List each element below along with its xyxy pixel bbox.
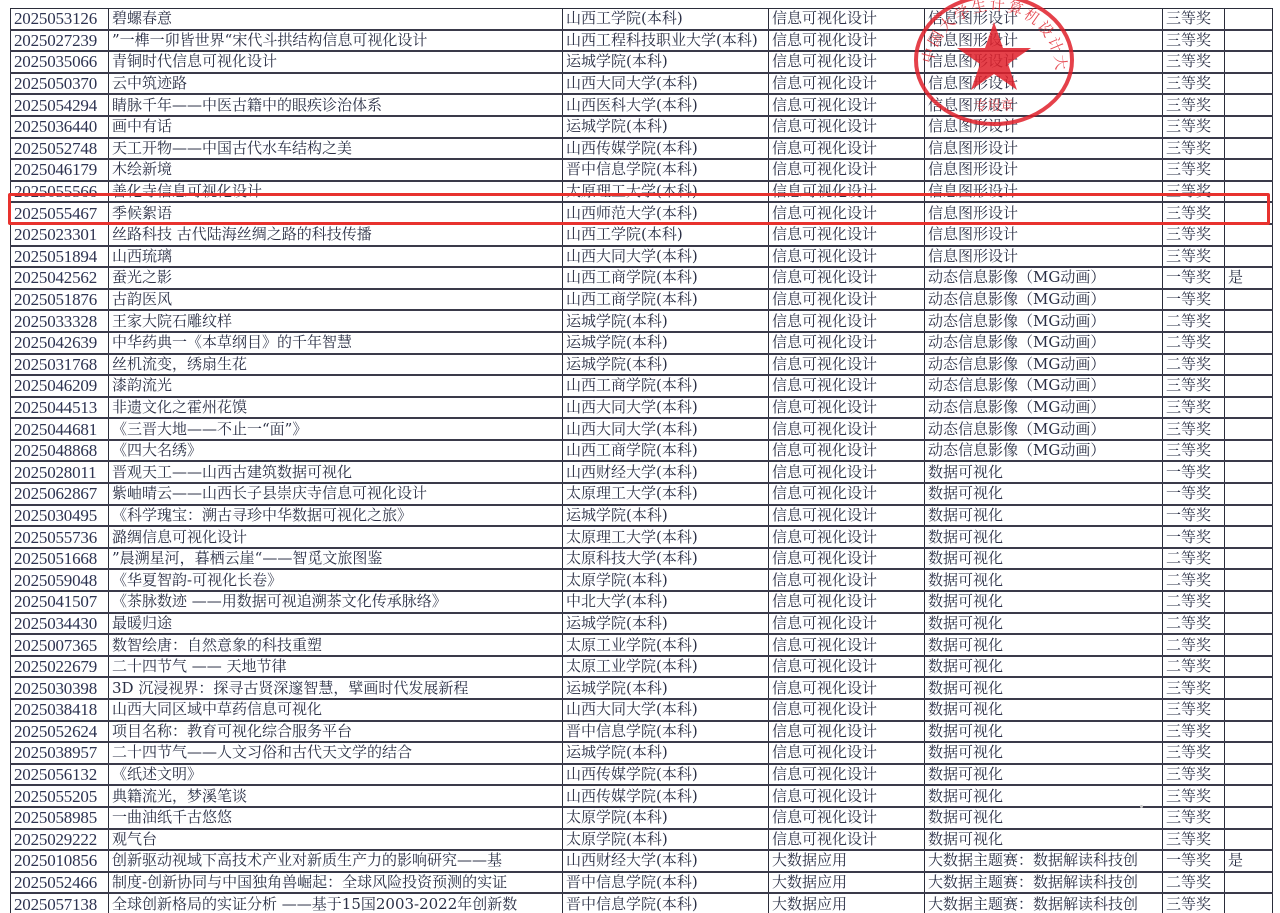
cell-award: 二等奖	[1163, 569, 1225, 591]
table-row: 2025057138全球创新格局的实证分析 ——基于15国2003-2022年创…	[11, 893, 1273, 913]
cell-award: 一等奖	[1163, 526, 1225, 548]
cell-recommend	[1225, 634, 1273, 656]
table-row: 2025055566善化寺信息可视化设计太原理工大学(本科)信息可视化设计信息图…	[11, 181, 1273, 203]
cell-id: 2025056132	[11, 764, 109, 786]
cell-recommend	[1225, 246, 1273, 268]
cell-subcategory: 动态信息影像（MG动画）	[925, 440, 1163, 462]
table-row: 2025062867紫岫晴云——山西长子县崇庆寺信息可视化设计太原理工大学(本科…	[11, 483, 1273, 505]
cell-school: 山西医科大学(本科)	[563, 94, 769, 116]
cell-subcategory: 信息图形设计	[925, 94, 1163, 116]
cell-school: 山西工商学院(本科)	[563, 440, 769, 462]
table-row: 2025029222观气台太原学院(本科)信息可视化设计数据可视化三等奖	[11, 829, 1273, 851]
cell-id: 2025055736	[11, 526, 109, 548]
cell-title: 木绘新境	[109, 159, 563, 181]
cell-title: 山西琉璃	[109, 246, 563, 268]
cell-id: 2025034430	[11, 613, 109, 635]
cell-id: 2025041507	[11, 591, 109, 613]
cell-award: 三等奖	[1163, 73, 1225, 95]
cell-recommend	[1225, 526, 1273, 548]
cell-award: 二等奖	[1163, 613, 1225, 635]
cell-subcategory: 动态信息影像（MG动画）	[925, 418, 1163, 440]
cell-recommend	[1225, 548, 1273, 570]
cell-id: 2025042562	[11, 267, 109, 289]
cell-recommend	[1225, 829, 1273, 851]
cell-title: 睛脉千年——中医古籍中的眼疾诊治体系	[109, 94, 563, 116]
cell-recommend	[1225, 742, 1273, 764]
cell-id: 2025046209	[11, 375, 109, 397]
cell-school: 山西工学院(本科)	[563, 9, 769, 30]
cell-category: 信息可视化设计	[769, 440, 925, 462]
cell-award: 二等奖	[1163, 310, 1225, 332]
cell-subcategory: 动态信息影像（MG动画）	[925, 397, 1163, 419]
cell-title: 《华夏智韵-可视化长卷》	[109, 569, 563, 591]
cell-title: 青铜时代信息可视化设计	[109, 51, 563, 73]
cell-school: 山西大同大学(本科)	[563, 699, 769, 721]
cell-id: 2025052624	[11, 721, 109, 743]
cell-id: 2025051876	[11, 289, 109, 311]
cell-category: 信息可视化设计	[769, 375, 925, 397]
cell-award: 三等奖	[1163, 375, 1225, 397]
table-row: 2025034430最暖归途运城学院(本科)信息可视化设计数据可视化二等奖	[11, 613, 1273, 635]
cell-subcategory: 信息图形设计	[925, 224, 1163, 246]
cell-id: 2025030398	[11, 677, 109, 699]
cell-school: 运城学院(本科)	[563, 116, 769, 138]
cell-school: 山西工学院(本科)	[563, 224, 769, 246]
cell-category: 信息可视化设计	[769, 591, 925, 613]
cell-award: 三等奖	[1163, 785, 1225, 807]
cell-award: 二等奖	[1163, 332, 1225, 354]
cell-title: 3D 沉浸视界：探寻古贤深邃智慧，擘画时代发展新程	[109, 677, 563, 699]
cell-school: 山西财经大学(本科)	[563, 850, 769, 872]
cell-title: 项目名称：教育可视化综合服务平台	[109, 721, 563, 743]
cell-school: 晋中信息学院(本科)	[563, 893, 769, 913]
table-row: 2025031768丝机流变，绣扇生花运城学院(本科)信息可视化设计动态信息影像…	[11, 354, 1273, 376]
cell-recommend	[1225, 483, 1273, 505]
cell-category: 信息可视化设计	[769, 785, 925, 807]
cell-subcategory: 数据可视化	[925, 461, 1163, 483]
cell-title: 中华药典一《本草纲目》的千年智慧	[109, 332, 563, 354]
awards-table-body: 2025053126碧螺春意山西工学院(本科)信息可视化设计信息图形设计三等奖2…	[11, 9, 1273, 913]
cell-subcategory: 数据可视化	[925, 569, 1163, 591]
cell-id: 2025048868	[11, 440, 109, 462]
cell-recommend	[1225, 181, 1273, 203]
cell-id: 2025050370	[11, 73, 109, 95]
cell-school: 山西大同大学(本科)	[563, 246, 769, 268]
cell-category: 信息可视化设计	[769, 699, 925, 721]
cell-id: 2025055205	[11, 785, 109, 807]
table-row: 2025052748天工开物——中国古代水车结构之美山西传媒学院(本科)信息可视…	[11, 138, 1273, 160]
cell-school: 运城学院(本科)	[563, 51, 769, 73]
cell-subcategory: 数据可视化	[925, 634, 1163, 656]
cell-category: 大数据应用	[769, 872, 925, 894]
cell-subcategory: 数据可视化	[925, 742, 1163, 764]
cell-award: 三等奖	[1163, 677, 1225, 699]
cell-subcategory: 数据可视化	[925, 505, 1163, 527]
cell-title: 制度-创新协同与中国独角兽崛起：全球风险投资预测的实证	[109, 872, 563, 894]
cell-category: 信息可视化设计	[769, 138, 925, 160]
cell-school: 中北大学(本科)	[563, 591, 769, 613]
cell-id: 2025044681	[11, 418, 109, 440]
cell-title: 山西大同区域中草药信息可视化	[109, 699, 563, 721]
cell-subcategory: 大数据主题赛：数据解读科技创	[925, 872, 1163, 894]
cell-award: 一等奖	[1163, 289, 1225, 311]
cell-subcategory: 动态信息影像（MG动画）	[925, 354, 1163, 376]
cell-recommend	[1225, 418, 1273, 440]
cell-award: 二等奖	[1163, 591, 1225, 613]
table-row: 2025051668”晨溯星河，暮栖云崖“——智觅文旅图鉴太原科技大学(本科)信…	[11, 548, 1273, 570]
cell-subcategory: 信息图形设计	[925, 181, 1163, 203]
table-row: 2025051894山西琉璃山西大同大学(本科)信息可视化设计信息图形设计三等奖	[11, 246, 1273, 268]
table-row: 2025056132《纸述文明》山西传媒学院(本科)信息可视化设计数据可视化三等…	[11, 764, 1273, 786]
cell-recommend	[1225, 397, 1273, 419]
cell-award: 二等奖	[1163, 656, 1225, 678]
cell-recommend	[1225, 73, 1273, 95]
table-row: 20250303983D 沉浸视界：探寻古贤深邃智慧，擘画时代发展新程运城学院(…	[11, 677, 1273, 699]
cell-title: 最暖归途	[109, 613, 563, 635]
table-row: 2025023301丝路科技 古代陆海丝绸之路的科技传播山西工学院(本科)信息可…	[11, 224, 1273, 246]
cell-id: 2025007365	[11, 634, 109, 656]
cell-id: 2025062867	[11, 483, 109, 505]
table-row: 2025052466制度-创新协同与中国独角兽崛起：全球风险投资预测的实证晋中信…	[11, 872, 1273, 894]
cell-category: 信息可视化设计	[769, 461, 925, 483]
table-row: 2025058985一曲油纸千古悠悠太原学院(本科)信息可视化设计数据可视化三等…	[11, 807, 1273, 829]
cell-title: 非遗文化之霍州花馍	[109, 397, 563, 419]
cell-subcategory: 信息图形设计	[925, 246, 1163, 268]
table-row: 2025052624项目名称：教育可视化综合服务平台晋中信息学院(本科)信息可视…	[11, 721, 1273, 743]
cell-subcategory: 信息图形设计	[925, 116, 1163, 138]
cell-category: 信息可视化设计	[769, 332, 925, 354]
cell-title: 紫岫晴云——山西长子县崇庆寺信息可视化设计	[109, 483, 563, 505]
cell-award: 三等奖	[1163, 397, 1225, 419]
cell-recommend	[1225, 613, 1273, 635]
cell-category: 信息可视化设计	[769, 397, 925, 419]
cell-subcategory: 信息图形设计	[925, 9, 1163, 30]
cell-school: 运城学院(本科)	[563, 332, 769, 354]
cell-award: 三等奖	[1163, 9, 1225, 30]
cell-title: 碧螺春意	[109, 9, 563, 30]
cell-award: 三等奖	[1163, 224, 1225, 246]
cell-award: 三等奖	[1163, 742, 1225, 764]
cell-title: 云中筑迹路	[109, 73, 563, 95]
cell-subcategory: 数据可视化	[925, 526, 1163, 548]
table-row: 2025046209漆韵流光山西工商学院(本科)信息可视化设计动态信息影像（MG…	[11, 375, 1273, 397]
cell-subcategory: 数据可视化	[925, 677, 1163, 699]
cell-school: 晋中信息学院(本科)	[563, 721, 769, 743]
table-row: 2025038957二十四节气——人文习俗和古代天文学的结合运城学院(本科)信息…	[11, 742, 1273, 764]
table-row: 2025046179木绘新境晋中信息学院(本科)信息可视化设计信息图形设计三等奖	[11, 159, 1273, 181]
cell-category: 信息可视化设计	[769, 94, 925, 116]
cell-title: 漆韵流光	[109, 375, 563, 397]
cell-school: 运城学院(本科)	[563, 742, 769, 764]
cell-id: 2025055566	[11, 181, 109, 203]
cell-category: 信息可视化设计	[769, 807, 925, 829]
cell-school: 山西传媒学院(本科)	[563, 785, 769, 807]
cell-award: 一等奖	[1163, 505, 1225, 527]
table-row: 2025022679二十四节气 —— 天地节律太原工业学院(本科)信息可视化设计…	[11, 656, 1273, 678]
cell-title: 丝机流变，绣扇生花	[109, 354, 563, 376]
cell-id: 2025054294	[11, 94, 109, 116]
cell-recommend	[1225, 375, 1273, 397]
cell-category: 信息可视化设计	[769, 224, 925, 246]
cell-category: 信息可视化设计	[769, 742, 925, 764]
table-row: 2025048868《四大名绣》山西工商学院(本科)信息可视化设计动态信息影像（…	[11, 440, 1273, 462]
cell-subcategory: 信息图形设计	[925, 202, 1163, 224]
cell-award: 三等奖	[1163, 181, 1225, 203]
cell-award: 一等奖	[1163, 483, 1225, 505]
cell-school: 运城学院(本科)	[563, 505, 769, 527]
table-row: 2025044681《三晋大地——不止一“面”》山西大同大学(本科)信息可视化设…	[11, 418, 1273, 440]
cell-award: 三等奖	[1163, 138, 1225, 160]
cell-id: 2025022679	[11, 656, 109, 678]
cell-school: 山西师范大学(本科)	[563, 202, 769, 224]
cell-category: 信息可视化设计	[769, 634, 925, 656]
cell-category: 信息可视化设计	[769, 9, 925, 30]
cell-recommend	[1225, 893, 1273, 913]
cell-recommend	[1225, 159, 1273, 181]
cell-title: 季候絮语	[109, 202, 563, 224]
cell-title: 一曲油纸千古悠悠	[109, 807, 563, 829]
cell-category: 信息可视化设计	[769, 764, 925, 786]
cell-award: 二等奖	[1163, 548, 1225, 570]
cell-school: 太原学院(本科)	[563, 569, 769, 591]
cell-category: 信息可视化设计	[769, 310, 925, 332]
cell-id: 2025010856	[11, 850, 109, 872]
cell-school: 山西工商学院(本科)	[563, 267, 769, 289]
table-row: 2025055736潞绸信息可视化设计太原理工大学(本科)信息可视化设计数据可视…	[11, 526, 1273, 548]
cell-category: 信息可视化设计	[769, 548, 925, 570]
table-row: 2025028011晋观天工——山西古建筑数据可视化山西财经大学(本科)信息可视…	[11, 461, 1273, 483]
cell-title: ”一榫一卯皆世界“宋代斗拱结构信息可视化设计	[109, 30, 563, 52]
cell-school: 山西工商学院(本科)	[563, 375, 769, 397]
cell-school: 山西工程科技职业大学(本科)	[563, 30, 769, 52]
cell-id: 2025033328	[11, 310, 109, 332]
cell-category: 信息可视化设计	[769, 246, 925, 268]
cell-award: 三等奖	[1163, 829, 1225, 851]
cell-id: 2025053126	[11, 9, 109, 30]
cell-recommend	[1225, 354, 1273, 376]
cell-subcategory: 数据可视化	[925, 591, 1163, 613]
cell-subcategory: 数据可视化	[925, 785, 1163, 807]
cell-subcategory: 数据可视化	[925, 829, 1163, 851]
cell-recommend	[1225, 310, 1273, 332]
cell-school: 山西大同大学(本科)	[563, 73, 769, 95]
cell-id: 2025057138	[11, 893, 109, 913]
cell-title: 善化寺信息可视化设计	[109, 181, 563, 203]
cell-school: 运城学院(本科)	[563, 310, 769, 332]
cell-school: 太原学院(本科)	[563, 829, 769, 851]
cell-award: 三等奖	[1163, 202, 1225, 224]
cell-subcategory: 信息图形设计	[925, 159, 1163, 181]
cell-id: 2025052466	[11, 872, 109, 894]
cell-award: 三等奖	[1163, 764, 1225, 786]
cell-title: 二十四节气 —— 天地节律	[109, 656, 563, 678]
table-row: 2025059048《华夏智韵-可视化长卷》太原学院(本科)信息可视化设计数据可…	[11, 569, 1273, 591]
cell-title: 观气台	[109, 829, 563, 851]
cell-award: 一等奖	[1163, 267, 1225, 289]
cell-id: 2025044513	[11, 397, 109, 419]
cell-recommend	[1225, 785, 1273, 807]
table-row: 2025044513非遗文化之霍州花馍山西大同大学(本科)信息可视化设计动态信息…	[11, 397, 1273, 419]
cell-id: 2025036440	[11, 116, 109, 138]
cell-award: 三等奖	[1163, 440, 1225, 462]
table-row: 2025041507《茶脉数迹 ——用数据可视追溯茶文化传承脉络》中北大学(本科…	[11, 591, 1273, 613]
cell-school: 山西财经大学(本科)	[563, 461, 769, 483]
table-row: 2025033328王家大院石雕纹样运城学院(本科)信息可视化设计动态信息影像（…	[11, 310, 1273, 332]
cell-award: 三等奖	[1163, 30, 1225, 52]
cell-school: 太原工业学院(本科)	[563, 634, 769, 656]
cell-recommend: 是	[1225, 850, 1273, 872]
table-row: 2025038418山西大同区域中草药信息可视化山西大同大学(本科)信息可视化设…	[11, 699, 1273, 721]
cell-school: 晋中信息学院(本科)	[563, 872, 769, 894]
scan-speck	[1140, 805, 1143, 808]
cell-award: 三等奖	[1163, 116, 1225, 138]
table-row: 2025051876古韵医风山西工商学院(本科)信息可视化设计动态信息影像（MG…	[11, 289, 1273, 311]
cell-subcategory: 信息图形设计	[925, 30, 1163, 52]
cell-category: 信息可视化设计	[769, 569, 925, 591]
cell-recommend	[1225, 656, 1273, 678]
cell-id: 2025035066	[11, 51, 109, 73]
cell-recommend	[1225, 764, 1273, 786]
cell-title: 晋观天工——山西古建筑数据可视化	[109, 461, 563, 483]
cell-subcategory: 数据可视化	[925, 699, 1163, 721]
table-row: 2025050370云中筑迹路山西大同大学(本科)信息可视化设计信息图形设计三等…	[11, 73, 1273, 95]
cell-title: 《纸述文明》	[109, 764, 563, 786]
cell-school: 太原理工大学(本科)	[563, 181, 769, 203]
cell-title: 全球创新格局的实证分析 ——基于15国2003-2022年创新数	[109, 893, 563, 913]
cell-school: 山西大同大学(本科)	[563, 397, 769, 419]
cell-category: 信息可视化设计	[769, 354, 925, 376]
cell-category: 信息可视化设计	[769, 73, 925, 95]
cell-school: 晋中信息学院(本科)	[563, 159, 769, 181]
cell-id: 2025058985	[11, 807, 109, 829]
cell-recommend	[1225, 461, 1273, 483]
table-row: 2025055205典籍流光，梦溪笔谈山西传媒学院(本科)信息可视化设计数据可视…	[11, 785, 1273, 807]
cell-id: 2025042639	[11, 332, 109, 354]
cell-recommend	[1225, 872, 1273, 894]
cell-school: 山西传媒学院(本科)	[563, 138, 769, 160]
cell-subcategory: 大数据主题赛：数据解读科技创	[925, 850, 1163, 872]
cell-recommend	[1225, 138, 1273, 160]
cell-subcategory: 信息图形设计	[925, 138, 1163, 160]
cell-subcategory: 数据可视化	[925, 483, 1163, 505]
cell-category: 信息可视化设计	[769, 116, 925, 138]
cell-recommend	[1225, 202, 1273, 224]
table-row: 2025036440画中有话运城学院(本科)信息可视化设计信息图形设计三等奖	[11, 116, 1273, 138]
cell-category: 信息可视化设计	[769, 181, 925, 203]
cell-school: 运城学院(本科)	[563, 354, 769, 376]
cell-title: 数智绘唐：自然意象的科技重塑	[109, 634, 563, 656]
cell-category: 信息可视化设计	[769, 613, 925, 635]
cell-subcategory: 动态信息影像（MG动画）	[925, 289, 1163, 311]
cell-subcategory: 数据可视化	[925, 721, 1163, 743]
cell-recommend	[1225, 699, 1273, 721]
table-row: 2025054294睛脉千年——中医古籍中的眼疾诊治体系山西医科大学(本科)信息…	[11, 94, 1273, 116]
table-row: 2025035066青铜时代信息可视化设计运城学院(本科)信息可视化设计信息图形…	[11, 51, 1273, 73]
cell-recommend	[1225, 9, 1273, 30]
cell-title: ”晨溯星河，暮栖云崖“——智觅文旅图鉴	[109, 548, 563, 570]
cell-recommend	[1225, 332, 1273, 354]
cell-school: 运城学院(本科)	[563, 613, 769, 635]
cell-title: 画中有话	[109, 116, 563, 138]
cell-title: 《四大名绣》	[109, 440, 563, 462]
table-row: 2025027239”一榫一卯皆世界“宋代斗拱结构信息可视化设计山西工程科技职业…	[11, 30, 1273, 52]
cell-title: 《科学瑰宝：溯古寻珍中华数据可视化之旅》	[109, 505, 563, 527]
cell-id: 2025031768	[11, 354, 109, 376]
cell-recommend	[1225, 677, 1273, 699]
cell-recommend	[1225, 94, 1273, 116]
cell-subcategory: 动态信息影像（MG动画）	[925, 332, 1163, 354]
cell-school: 太原理工大学(本科)	[563, 526, 769, 548]
table-row: 2025053126碧螺春意山西工学院(本科)信息可视化设计信息图形设计三等奖	[11, 9, 1273, 30]
cell-title: 古韵医风	[109, 289, 563, 311]
cell-award: 二等奖	[1163, 634, 1225, 656]
cell-award: 一等奖	[1163, 461, 1225, 483]
cell-category: 信息可视化设计	[769, 677, 925, 699]
cell-id: 2025030495	[11, 505, 109, 527]
cell-award: 三等奖	[1163, 159, 1225, 181]
cell-category: 信息可视化设计	[769, 721, 925, 743]
cell-title: 二十四节气——人文习俗和古代天文学的结合	[109, 742, 563, 764]
cell-category: 信息可视化设计	[769, 267, 925, 289]
cell-subcategory: 动态信息影像（MG动画）	[925, 310, 1163, 332]
cell-category: 信息可视化设计	[769, 829, 925, 851]
cell-id: 2025023301	[11, 224, 109, 246]
cell-school: 山西传媒学院(本科)	[563, 764, 769, 786]
cell-id: 2025038957	[11, 742, 109, 764]
cell-recommend	[1225, 505, 1273, 527]
cell-subcategory: 大数据主题赛：数据解读科技创	[925, 893, 1163, 913]
cell-recommend	[1225, 721, 1273, 743]
cell-school: 山西工商学院(本科)	[563, 289, 769, 311]
cell-category: 信息可视化设计	[769, 202, 925, 224]
cell-award: 三等奖	[1163, 418, 1225, 440]
cell-recommend	[1225, 289, 1273, 311]
cell-recommend: 是	[1225, 267, 1273, 289]
cell-recommend	[1225, 116, 1273, 138]
cell-recommend	[1225, 440, 1273, 462]
table-row: 2025042562蚕光之影山西工商学院(本科)信息可视化设计动态信息影像（MG…	[11, 267, 1273, 289]
cell-id: 2025059048	[11, 569, 109, 591]
cell-award: 三等奖	[1163, 246, 1225, 268]
cell-id: 2025052748	[11, 138, 109, 160]
cell-title: 天工开物——中国古代水车结构之美	[109, 138, 563, 160]
cell-category: 信息可视化设计	[769, 30, 925, 52]
cell-subcategory: 数据可视化	[925, 548, 1163, 570]
cell-id: 2025027239	[11, 30, 109, 52]
cell-title: 创新驱动视域下高技术产业对新质生产力的影响研究——基	[109, 850, 563, 872]
table-row-highlighted: 2025055467季候絮语山西师范大学(本科)信息可视化设计信息图形设计三等奖	[11, 202, 1273, 224]
table-row: 2025010856创新驱动视域下高技术产业对新质生产力的影响研究——基山西财经…	[11, 850, 1273, 872]
cell-recommend	[1225, 569, 1273, 591]
awards-table: 2025053126碧螺春意山西工学院(本科)信息可视化设计信息图形设计三等奖2…	[10, 8, 1273, 913]
cell-award: 二等奖	[1163, 872, 1225, 894]
cell-category: 信息可视化设计	[769, 418, 925, 440]
cell-id: 2025051668	[11, 548, 109, 570]
cell-subcategory: 数据可视化	[925, 656, 1163, 678]
cell-title: 丝路科技 古代陆海丝绸之路的科技传播	[109, 224, 563, 246]
cell-category: 信息可视化设计	[769, 289, 925, 311]
cell-id: 2025028011	[11, 461, 109, 483]
cell-subcategory: 数据可视化	[925, 764, 1163, 786]
cell-id: 2025038418	[11, 699, 109, 721]
cell-recommend	[1225, 591, 1273, 613]
cell-award: 一等奖	[1163, 850, 1225, 872]
cell-title: 典籍流光，梦溪笔谈	[109, 785, 563, 807]
cell-school: 太原科技大学(本科)	[563, 548, 769, 570]
cell-award: 三等奖	[1163, 721, 1225, 743]
cell-subcategory: 动态信息影像（MG动画）	[925, 267, 1163, 289]
cell-title: 蚕光之影	[109, 267, 563, 289]
